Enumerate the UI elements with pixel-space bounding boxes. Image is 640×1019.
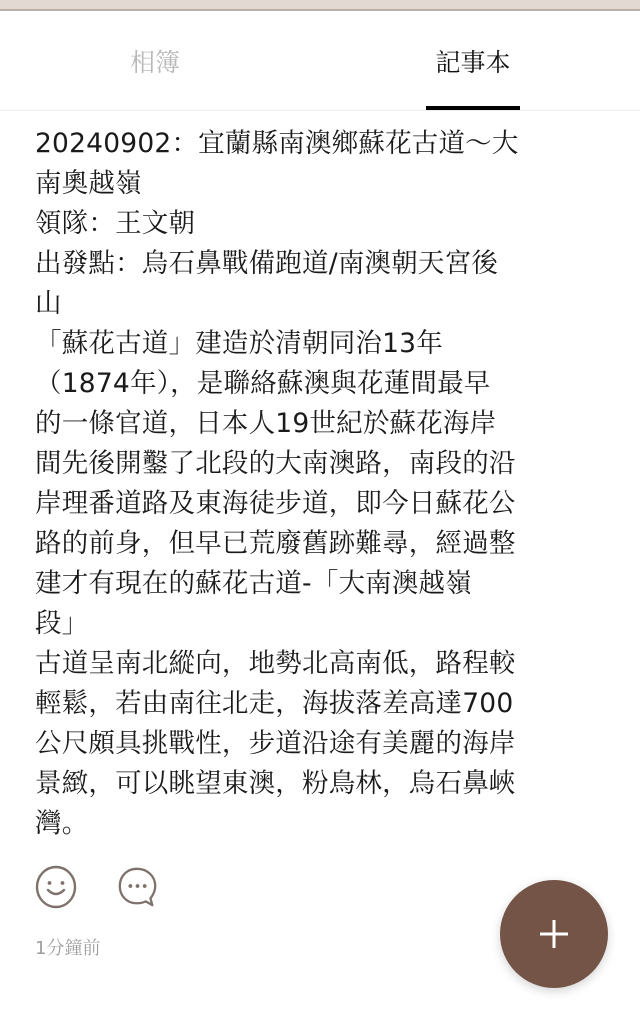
note-line: 領隊：王文朝 bbox=[35, 204, 595, 244]
note-line: 路的前身，但早已荒廢舊跡難尋，經過整 bbox=[35, 524, 595, 564]
note-timestamp: 1分鐘前 bbox=[35, 934, 100, 960]
tab-bar: 相簿 記事本 bbox=[0, 11, 640, 111]
speech-bubble-ellipsis-icon bbox=[116, 865, 160, 909]
tab-album[interactable]: 相簿 bbox=[0, 11, 310, 110]
note-line: 20240902：宜蘭縣南澳鄉蘇花古道～大 bbox=[35, 124, 595, 164]
note-line: （1874年），是聯絡蘇澳與花蓮間最早 bbox=[35, 364, 595, 404]
note-line: 輕鬆，若由南往北走，海拔落差高達700 bbox=[35, 684, 595, 724]
note-line: 灣。 bbox=[35, 804, 595, 844]
note-line: 的一條官道，日本人19世紀於蘇花海岸 bbox=[35, 404, 595, 444]
note-line: 間先後開鑿了北段的大南澳路，南段的沿 bbox=[35, 444, 595, 484]
note-line: 南奧越嶺 bbox=[35, 164, 595, 204]
react-button[interactable] bbox=[34, 865, 78, 909]
note-line: 景緻，可以眺望東澳，粉鳥林，烏石鼻峽 bbox=[35, 764, 595, 804]
note-line: 出發點：烏石鼻戰備跑道/南澳朝天宮後 bbox=[35, 244, 595, 284]
note-line: 建才有現在的蘇花古道-「大南澳越嶺 bbox=[35, 564, 595, 604]
note-line: 段」 bbox=[35, 604, 595, 644]
note-line: 山 bbox=[35, 284, 595, 324]
add-note-button[interactable] bbox=[500, 880, 608, 988]
comment-button[interactable] bbox=[116, 865, 160, 909]
note-line: 「蘇花古道」建造於清朝同治13年 bbox=[35, 324, 595, 364]
smiley-face-icon bbox=[34, 865, 78, 909]
tab-notes[interactable]: 記事本 bbox=[400, 11, 546, 110]
note-content: 20240902：宜蘭縣南澳鄉蘇花古道～大 南奧越嶺 領隊：王文朝 出發點：烏石… bbox=[35, 124, 595, 844]
plus-icon bbox=[538, 918, 570, 950]
active-tab-indicator bbox=[426, 106, 520, 110]
note-line: 岸理番道路及東海徒步道，即今日蘇花公 bbox=[35, 484, 595, 524]
note-actions bbox=[34, 864, 160, 910]
note-line: 古道呈南北縱向，地勢北高南低，路程較 bbox=[35, 644, 595, 684]
note-line: 公尺頗具挑戰性，步道沿途有美麗的海岸 bbox=[35, 724, 595, 764]
top-status-strip bbox=[0, 0, 640, 11]
